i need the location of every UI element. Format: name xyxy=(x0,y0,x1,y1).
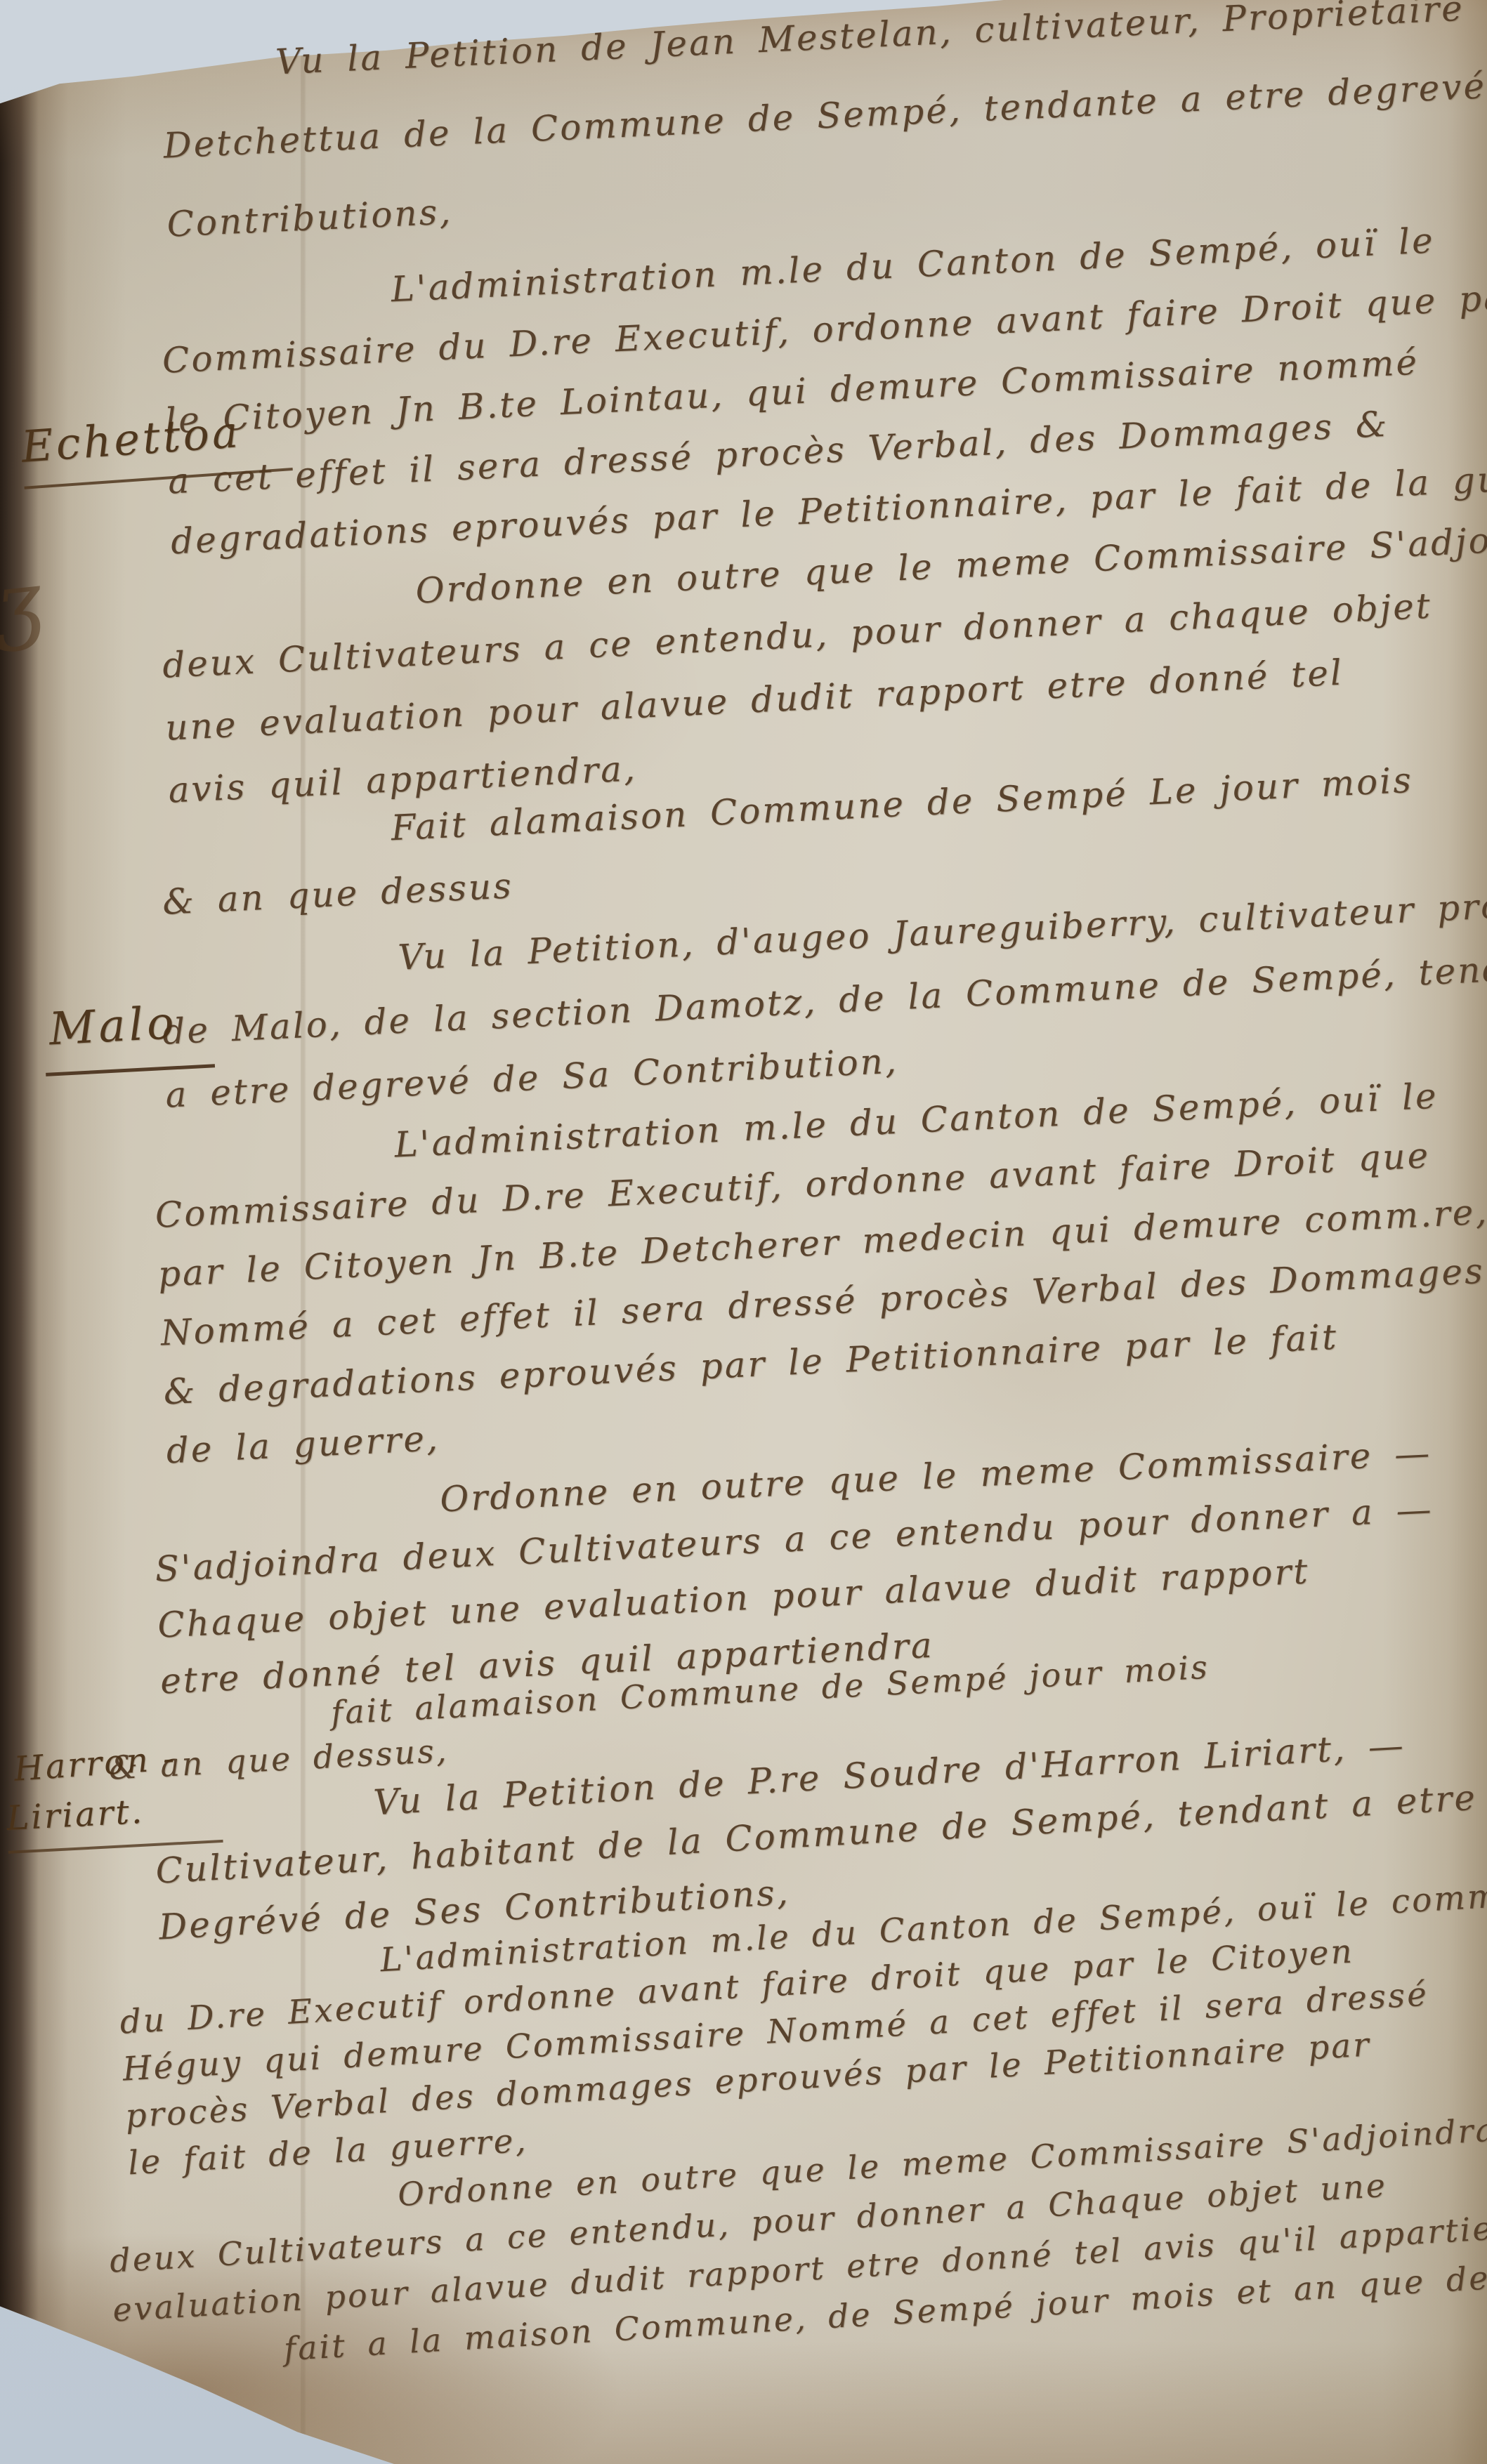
manuscript-photo: ʒ Vu la Petition de Jean Mestelan, culti… xyxy=(0,0,1487,2464)
margin-note: Malo xyxy=(42,995,215,1076)
handwriting-layer: ʒ Vu la Petition de Jean Mestelan, culti… xyxy=(0,0,1487,2464)
margin-note: Liriart. xyxy=(6,1788,223,1854)
paragraph: L'administration m.le du Canton de Sempé… xyxy=(151,1065,1487,1481)
margin-flourish: ʒ xyxy=(0,553,47,654)
paragraph: L'administration m.le du Canton de Sempé… xyxy=(158,204,1487,572)
